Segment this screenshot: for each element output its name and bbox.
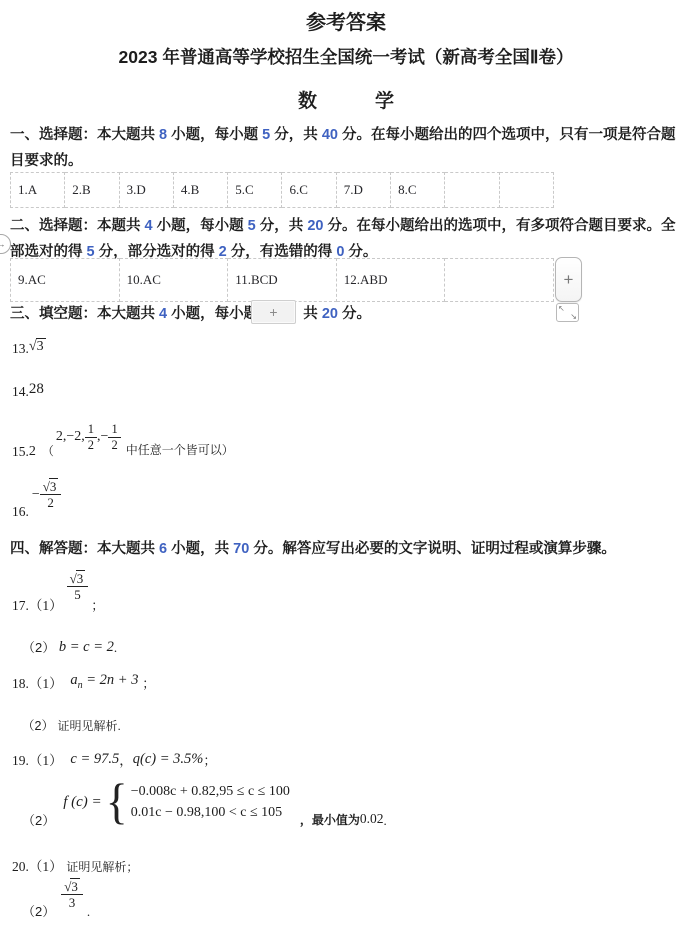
period: . <box>87 904 90 920</box>
subject-char-right: 学 <box>375 91 394 112</box>
q15-alternatives: 2,−2, 12 ,− 12 <box>56 423 121 452</box>
part2-label: （2） <box>22 901 55 920</box>
q15-note: 中任意一个皆可以） <box>126 441 234 458</box>
subject-title: 数学 <box>0 86 692 113</box>
q18-semicolon: ； <box>142 676 155 691</box>
q19-semicolon: ； <box>203 753 216 768</box>
answer-18-part2: （2） 证明见解析. <box>22 716 121 734</box>
table-cell-q12[interactable]: 12.ABD <box>336 259 445 302</box>
comma: ， <box>119 753 133 768</box>
table-cell-q11[interactable]: 11.BCD <box>228 259 337 302</box>
case-line-2: 0.01c − 0.98,100 < c ≤ 105 <box>131 802 290 823</box>
radical-sign: √ <box>70 571 76 586</box>
answer-table-choice-2: 9.AC 10.AC 11.BCD 12.ABD <box>10 258 554 302</box>
section-1-heading: 一、选择题：本大题共 8 小题，每小题 5 分，共 40 分。在每小题给出的四个… <box>10 122 684 174</box>
exam-subtitle: 2023 年普通高等学校招生全国统一考试（新高考全国Ⅱ卷） <box>0 44 692 69</box>
answer-16: 16. − √3 2 <box>12 478 61 520</box>
table-row: 9.AC 10.AC 11.BCD 12.ABD <box>11 259 554 302</box>
table-cell-q4[interactable]: 4.B <box>173 173 227 208</box>
q17-label: 17.（1） <box>12 594 63 614</box>
q15-label: 15. <box>12 444 29 460</box>
left-brace: { <box>106 777 128 827</box>
fraction-denominator: 3 <box>69 895 76 910</box>
answer-19-part2: （2） f (c) = { −0.008c + 0.82,95 ≤ c ≤ 10… <box>22 779 387 831</box>
q19-math-2: q(c) = 3.5% <box>133 751 204 767</box>
piecewise-function: f (c) = { −0.008c + 0.82,95 ≤ c ≤ 100 0.… <box>63 779 290 825</box>
answer-17-part1: 17.（1） √3 5 ； <box>12 568 104 614</box>
table-cell-q6[interactable]: 6.C <box>282 173 336 208</box>
answer-19-part1: 19.（1） c = 97.5，q(c) = 3.5%； <box>12 749 216 770</box>
case-line-1: −0.008c + 0.82,95 ≤ c ≤ 100 <box>131 781 290 802</box>
q15-alt-pre: 2,−2, <box>56 429 85 445</box>
q13-value: 3 <box>36 338 46 354</box>
paren-open: （ <box>42 442 54 459</box>
table-cell-q7[interactable]: 7.D <box>336 173 390 208</box>
q14-value: 28 <box>29 381 44 397</box>
q18-part2-text: 证明见解析. <box>57 719 120 733</box>
answer-13: 13.√3 <box>12 341 46 358</box>
q20-label: 20.（1） <box>12 859 63 874</box>
table-cell-empty[interactable] <box>445 173 499 208</box>
fraction-denominator: 2 <box>88 438 94 452</box>
plus-icon: + <box>269 304 277 320</box>
q20-part1-text: 证明见解析； <box>66 860 138 874</box>
q18-math: an = 2n + 3 <box>70 672 138 688</box>
table-cell-empty[interactable] <box>445 259 554 302</box>
answer-20-part1: 20.（1） 证明见解析； <box>12 855 138 875</box>
q19-fx: f (c) = <box>63 794 101 811</box>
table-cell-q5[interactable]: 5.C <box>228 173 282 208</box>
radical-sign: √ <box>43 479 49 494</box>
answer-17-part2: （2） b = c = 2. <box>22 637 117 657</box>
period: . <box>114 640 117 655</box>
section-4-heading: 四、解答题：本大题共 6 小题，共 70 分。解答应写出必要的文字说明、证明过程… <box>10 536 686 562</box>
part2-label: （2） <box>22 640 55 655</box>
minus-sign: − <box>32 487 40 503</box>
period: . <box>384 813 387 829</box>
fraction-numerator: 1 <box>85 423 97 438</box>
insert-column-button[interactable]: + <box>555 257 582 302</box>
q19-min-text: ，最小值为 <box>300 811 360 828</box>
fraction-denominator: 5 <box>74 587 81 602</box>
fraction-numerator: √3 <box>61 880 83 896</box>
table-cell-q1[interactable]: 1.A <box>11 173 65 208</box>
fraction-numerator: √3 <box>40 480 62 496</box>
q18-label: 18.（1） <box>12 676 63 691</box>
q14-label: 14. <box>12 384 29 399</box>
fraction-numerator: 1 <box>108 423 120 438</box>
part2-label: （2） <box>22 719 54 733</box>
section-3-heading: 三、填空题：本大题共 4 小题，每小题 5 分，共 20 分。 <box>10 303 686 325</box>
subject-char-left: 数 <box>298 91 317 112</box>
answer-14: 14.28 <box>12 384 44 401</box>
plus-icon: + <box>564 270 574 290</box>
fraction-denominator: 2 <box>47 495 54 510</box>
page-title: 参考答案 <box>0 6 692 35</box>
answer-20-part2: （2） √3 3 . <box>22 878 90 920</box>
table-cell-q2[interactable]: 2.B <box>65 173 119 208</box>
table-cell-empty[interactable] <box>499 173 553 208</box>
table-cell-q3[interactable]: 3.D <box>119 173 173 208</box>
q15-value: 2 <box>29 444 36 460</box>
q17-semicolon: ； <box>91 595 104 614</box>
table-cell-q10[interactable]: 10.AC <box>119 259 228 302</box>
answer-key-document: 参考答案 2023 年普通高等学校招生全国统一考试（新高考全国Ⅱ卷） 数学 一、… <box>0 0 692 933</box>
radical-sign: √ <box>29 339 36 354</box>
answer-15: 15.2 （ 2,−2, 12 ,− 12 中任意一个皆可以） <box>12 416 234 460</box>
q17-part2-math: b = c = 2 <box>59 639 114 655</box>
horizontal-arrows-icon: ↔ <box>0 239 6 249</box>
table-cell-q8[interactable]: 8.C <box>391 173 445 208</box>
q19-math-1: c = 97.5 <box>70 751 119 767</box>
table-row: 1.A 2.B 3.D 4.B 5.C 6.C 7.D 8.C <box>11 173 554 208</box>
q16-value: − √3 2 <box>32 480 62 510</box>
answer-table-choice-1: 1.A 2.B 3.D 4.B 5.C 6.C 7.D 8.C <box>10 172 554 208</box>
answer-18-part1: 18.（1） an = 2n + 3 ； <box>12 672 155 695</box>
fraction-denominator: 2 <box>111 438 117 452</box>
q15-alt-mid: ,− <box>97 429 108 445</box>
q19-label: 19.（1） <box>12 753 63 768</box>
q13-label: 13. <box>12 341 29 356</box>
table-cell-q9[interactable]: 9.AC <box>11 259 120 302</box>
part2-label: （2） <box>22 810 55 829</box>
fraction-numerator: √3 <box>67 572 89 588</box>
q16-label: 16. <box>12 504 29 520</box>
table-insert-button[interactable]: + <box>251 300 296 324</box>
q19-min-value: 0.02 <box>360 811 384 827</box>
